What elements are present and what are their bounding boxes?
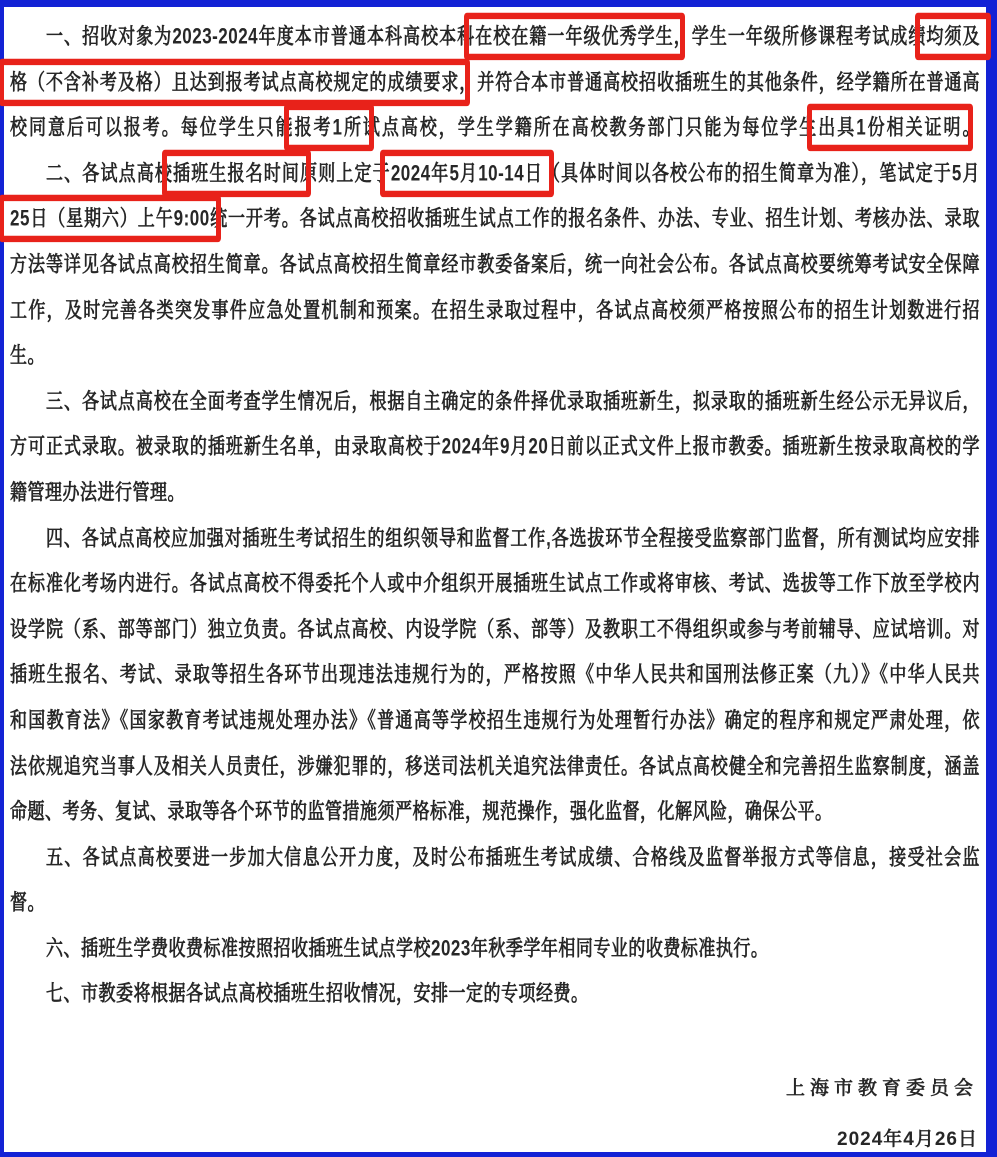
text-segment: 统一开考。各试点高校招收插班生试点工作的报名条件、办法、专业、招生计划、考核办法… (210, 207, 980, 231)
text-segment: 生。 (10, 343, 45, 367)
text-segment: 三、各试点高校在全面考查学生情况后，根据自主确定的条件择优录取插班新生，拟录取的… (46, 389, 980, 413)
text-segment: 六、插班生学费收费标准按照招收插班生试点学校2023年秋季学年相同专业的收费标准… (46, 936, 768, 960)
text-segment: 四、各试点高校应加强对插班生考试招生的组织领导和监督工作,各选拔环节全程接受监察… (46, 526, 980, 550)
text-segment: ，学生一年级所修课程考试成绩 (674, 24, 927, 48)
text-segment: 五、各试点高校要进一步加大信息公开力度，及时公布插班生考试成绩、合格线及监督举报… (46, 845, 980, 869)
text-segment: 法依规追究当事人及相关人员责任，涉嫌犯罪的，移送司法机关追究法律责任。各试点高校… (10, 754, 980, 778)
text-segment: 设学院（系、部等部门）独立负责。各试点高校、内设学院（系、部等）及教职工不得组织… (10, 617, 980, 641)
issue-date: 2024年4月26日 (837, 1124, 978, 1151)
text-segment: 和国教育法》《国家教育考试违规处理办法》《普通高等学校招生违规行为处理暂行办法》… (10, 708, 980, 732)
text-line: 七、市教委将根据各试点高校插班生招收情况，安排一定的专项经费。 (10, 965, 980, 1023)
text-segment: 在标准化考场内进行。各试点高校不得委托个人或中介组织开展插班生试点工作或将审核、… (10, 571, 980, 595)
text-segment: ，并符合本市普通高校招收插班生的其他条件，经学籍所在普通高 (459, 70, 980, 94)
text-segment: 七、市教委将根据各试点高校插班生招收情况，安排一定的专项经费。 (46, 982, 589, 1006)
issuer-signature: 上海市教育委员会 (786, 1073, 978, 1100)
text-segment: （具体时间以各校公布的招生简章为准），笔试定于5月 (543, 161, 980, 185)
text-segment: 籍管理办法进行管理。 (10, 480, 185, 504)
text-segment: 原则上定于 (300, 161, 391, 185)
text-segment: 方法等详见各试点高校招生简章。各试点高校招生简章经市教委备案后，统一向社会公布。… (10, 252, 980, 276)
text-segment: 校同意后可以报考。每位学生只能 (10, 115, 295, 139)
text-segment: 督。 (10, 891, 45, 915)
text-segment: 试点高校，学生学籍所在高校教务部门只能为每位学生 (363, 115, 818, 139)
text-segment: 一、招收对象为2023-2024年度本市普通本科高校本科 (46, 24, 475, 48)
text-segment: 二、各试点高校 (46, 161, 173, 185)
text-segment: 命题、考务、复试、录取等各个环节的监管措施须严格标准，规范操作，强化监督，化解风… (10, 799, 833, 823)
document-lines: 一、招收对象为2023-2024年度本市普通本科高校本科在校在籍一年级优秀学生，… (4, 7, 986, 1017)
document-page: 一、招收对象为2023-2024年度本市普通本科高校本科在校在籍一年级优秀学生，… (0, 0, 997, 1157)
text-segment: 方可正式录取。被录取的插班新生名单，由录取高校于2024年9月20日前以正式文件… (10, 435, 980, 459)
text-segment: 插班生报名、考试、录取等招生各环节出现违法违规行为的，严格按照《中华人民共和国刑… (10, 663, 980, 687)
text-segment: 工作，及时完善各类突发事件应急处置机制和预案。在招生录取过程中，各试点高校须严格… (10, 298, 980, 322)
